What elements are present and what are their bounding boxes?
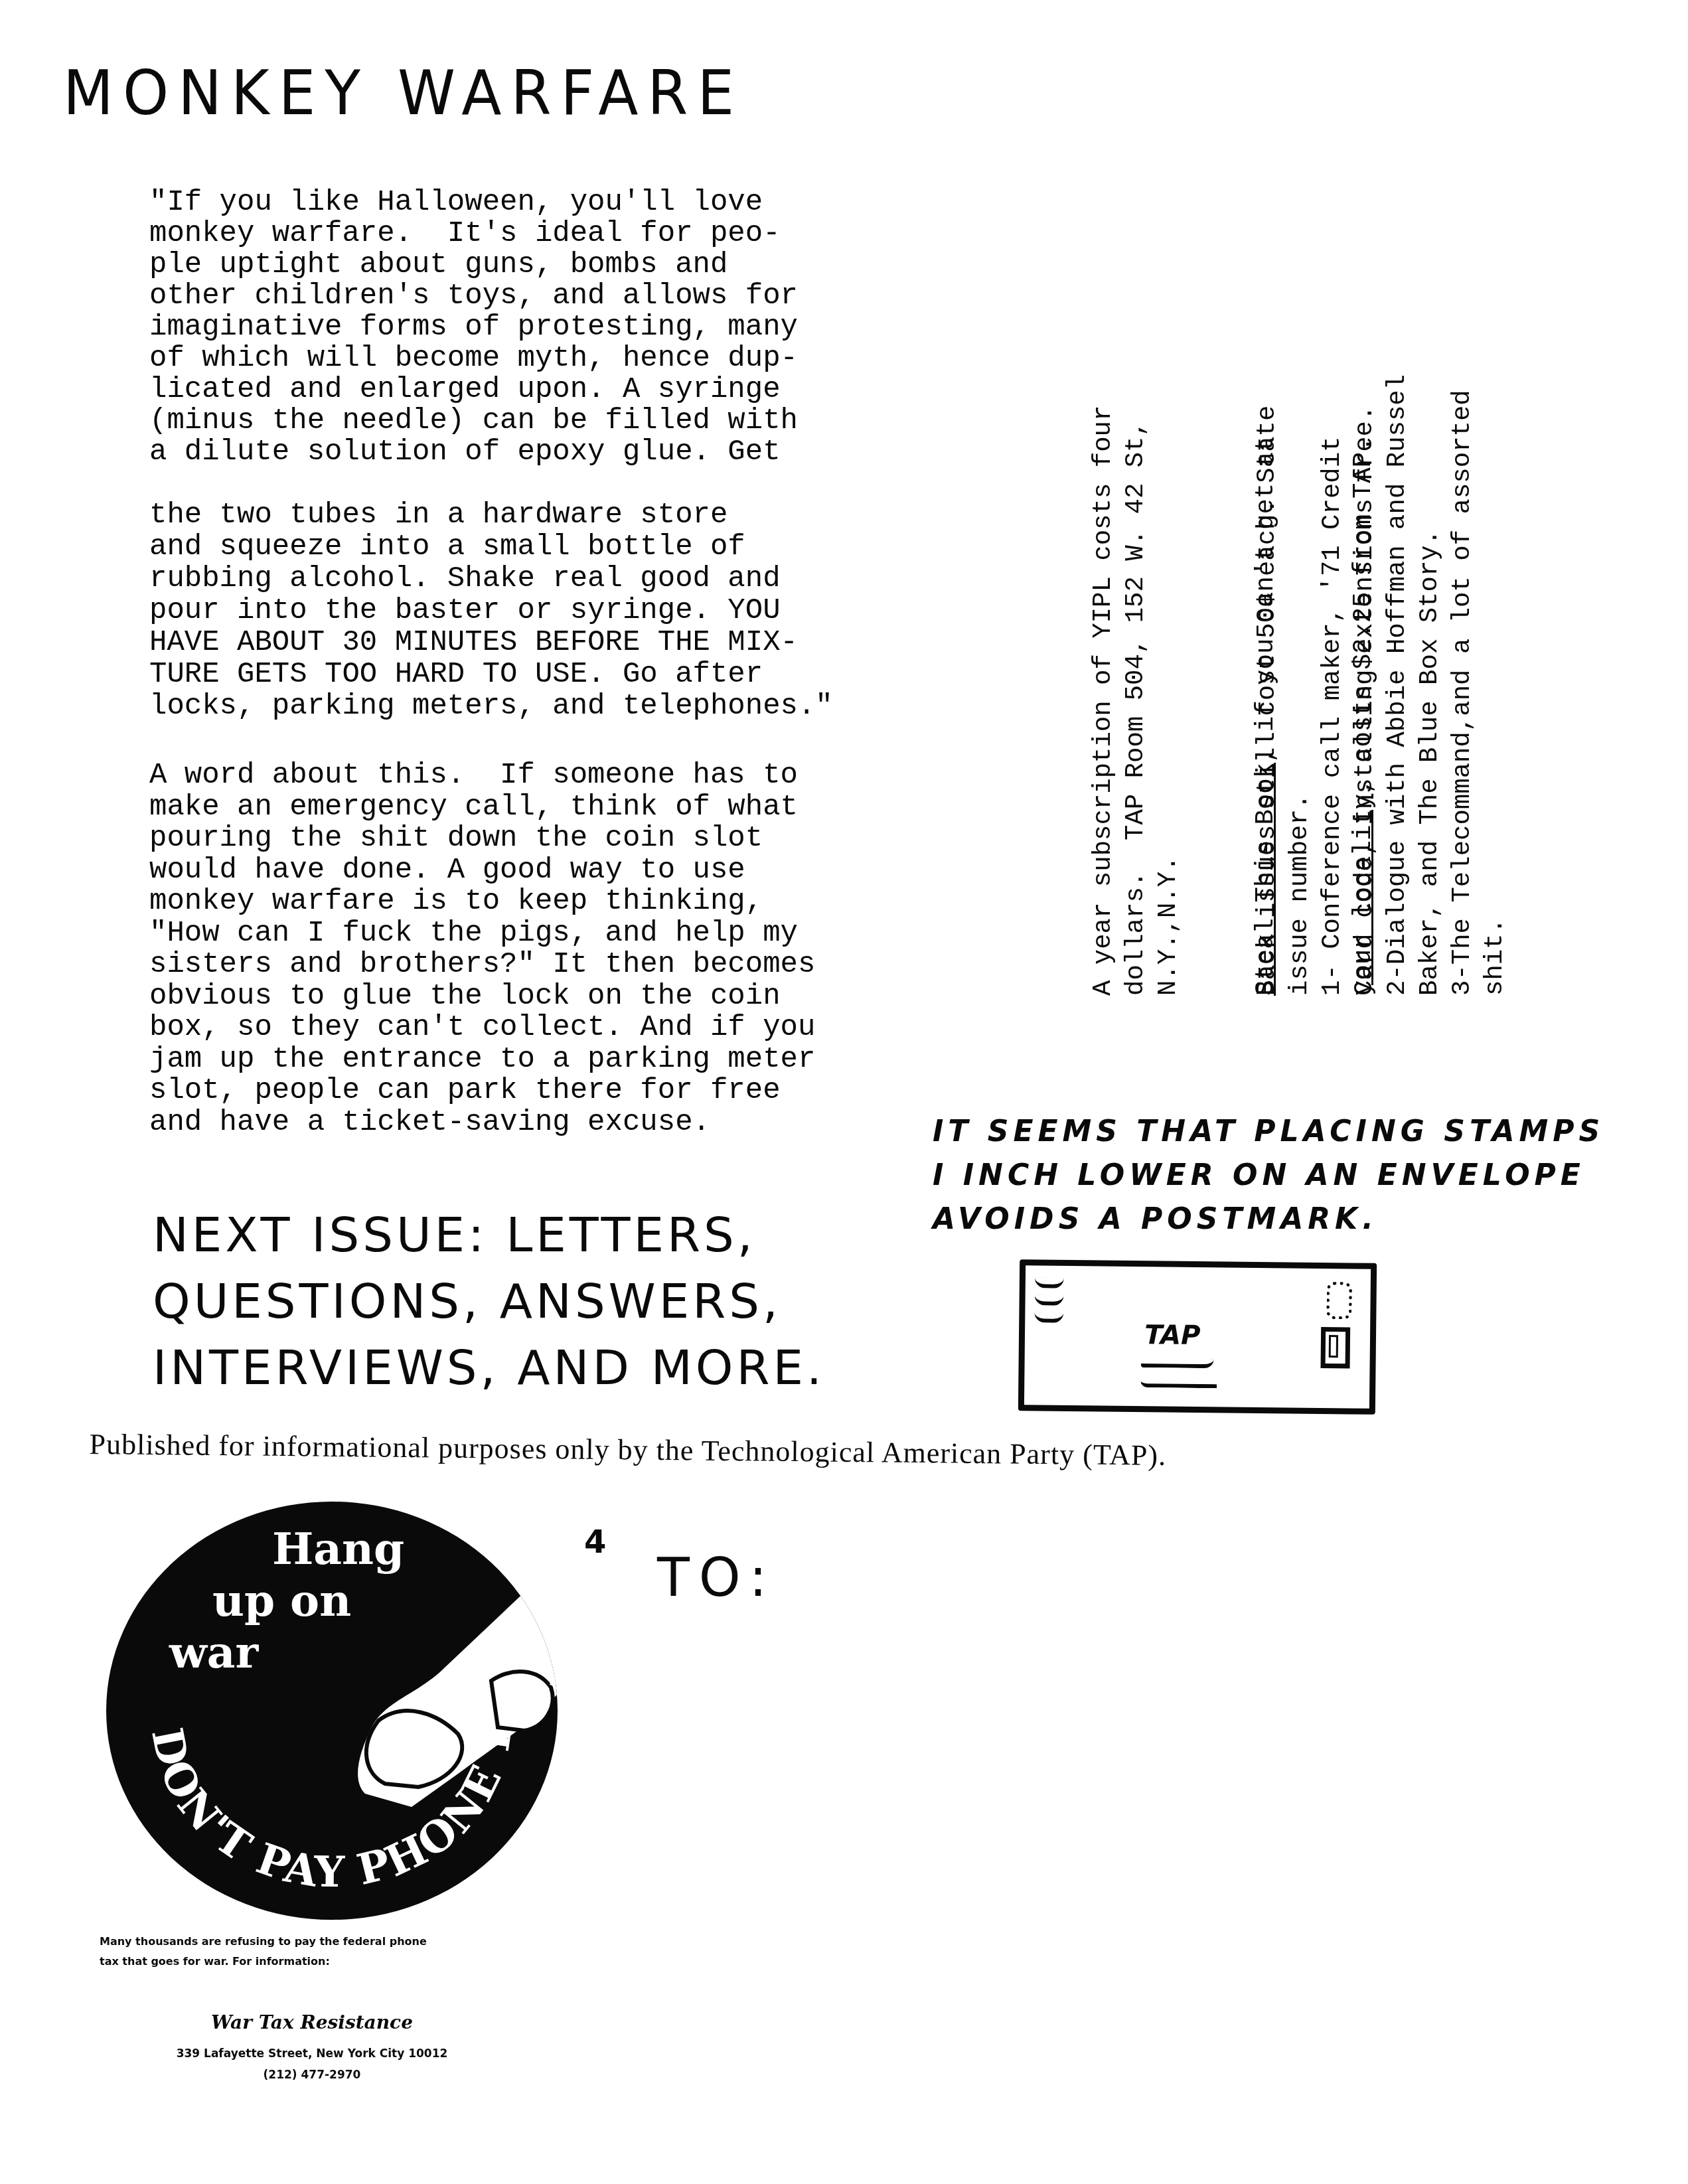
text-line: the two tubes in a hardware store: [149, 499, 833, 531]
stamp-tip: IT SEEMS THAT PLACING STAMPSI INCH LOWER…: [933, 1110, 1604, 1241]
badge-arc-text: DON'T PAY PHONE TAX: [106, 1502, 558, 1920]
text-line: Baker, and The Blue Box Story.: [1414, 374, 1446, 996]
text-line: licated and enlarged upon. A syringe: [149, 374, 798, 406]
hang-up-on-war-badge: Hang up on war DON'T PAY PHONE TAX: [106, 1502, 558, 1920]
text-line: pour into the baster or syringe. YOU: [149, 595, 833, 627]
svg-text:DON'T PAY PHONE TAX: DON'T PAY PHONE TAX: [106, 1502, 522, 1897]
text-line: would have done. A good way to use: [149, 855, 815, 887]
text-line: jam up the entrance to a parking meter: [149, 1044, 815, 1076]
war-tax-note: Many thousands are refusing to pay the f…: [100, 1932, 564, 1972]
text-line: 2-Dialogue with Abbie Hoffman and Russel: [1381, 374, 1414, 996]
text-line: make an emergency call, think of what: [149, 792, 815, 824]
war-tax-contact: 339 Lafayette Street, New York City 1001…: [0, 2043, 624, 2086]
text-line: other children's toys, and allows for: [149, 281, 798, 312]
postmark-icon: [1326, 1282, 1352, 1319]
text-line: and squeeze into a small bottle of: [149, 531, 833, 563]
text-line: A word about this. If someone has to: [149, 760, 815, 792]
address-squiggle: [1140, 1378, 1217, 1388]
text-line: N.Y.,N.Y.: [1152, 406, 1185, 996]
article-paragraph-2: the two tubes in a hardware storeand squ…: [149, 499, 833, 722]
text-line: "If you like Halloween, you'll love: [149, 187, 798, 218]
return-address-squiggles: [1034, 1277, 1064, 1329]
text-line: pouring the shit down the coin slot: [149, 823, 815, 855]
next-issue-announcement: NEXT ISSUE: LETTERS,QUESTIONS, ANSWERS,I…: [153, 1202, 825, 1401]
text-line: issue number.: [1284, 374, 1316, 996]
text-line: shit.: [1479, 374, 1511, 996]
text-line: slot, people can park there for free: [149, 1075, 815, 1107]
text-line: NEXT ISSUE: LETTERS,: [153, 1202, 825, 1268]
text-line: (minus the needle) can be filled with: [149, 406, 798, 437]
text-line: Card code, installing extensions free.: [1349, 374, 1381, 996]
mailing-to-label: TO:: [657, 1547, 776, 1608]
text-line: dollars. TAP Room 504, 152 W. 42 St,: [1120, 406, 1152, 996]
text-line: and have a ticket-saving excuse.: [149, 1107, 815, 1139]
text-line: 1- Conference call maker, '71 Credit: [1316, 374, 1349, 996]
page-number: 4: [584, 1523, 606, 1561]
war-tax-resistance-name: War Tax Resistance: [0, 2011, 624, 2033]
war-tax-phone: (212) 477-2970: [0, 2065, 624, 2086]
text-line: locks, parking meters, and telephones.": [149, 690, 833, 722]
envelope-label: TAP: [1144, 1320, 1201, 1351]
stamp-icon: [1321, 1327, 1351, 1368]
envelope-icon: TAP: [1018, 1259, 1377, 1415]
text-line: box, so they can't collect. And if you: [149, 1012, 815, 1044]
war-tax-address: 339 Lafayette Street, New York City 1001…: [0, 2043, 624, 2065]
text-line: rubbing alcohol. Shake real good and: [149, 563, 833, 595]
text-line: 3-The Telecommand,and a lot of assorted: [1446, 374, 1479, 996]
text-line: tax that goes for war. For information:: [100, 1952, 564, 1972]
text-line: QUESTIONS, ANSWERS,: [153, 1268, 825, 1334]
page-title: MONKEY WARFARE: [63, 56, 743, 128]
published-notice: Published for informational purposes onl…: [89, 1427, 1166, 1472]
text-line: Many thousands are refusing to pay the f…: [100, 1932, 564, 1952]
text-line: IT SEEMS THAT PLACING STAMPS: [933, 1110, 1604, 1154]
text-line: monkey warfare is to keep thinking,: [149, 886, 815, 918]
back-issues-info: Back issues still cost 50¢ each. Stateis…: [1251, 374, 1511, 996]
text-line: obvious to glue the lock on the coin: [149, 981, 815, 1013]
article-paragraph-3: A word about this. If someone has tomake…: [149, 760, 815, 1138]
text-line: "How can I fuck the pigs, and help my: [149, 918, 815, 950]
text-line: TURE GETS TOO HARD TO USE. Go after: [149, 659, 833, 690]
address-squiggle: [1141, 1358, 1214, 1368]
text-line: monkey warfare. It's ideal for peo-: [149, 218, 798, 250]
text-line: A year subscription of YIPL costs four: [1087, 406, 1120, 996]
text-line: I INCH LOWER ON AN ENVELOPE: [933, 1154, 1604, 1198]
text-line: ple uptight about guns, bombs and: [149, 250, 798, 281]
text-line: sisters and brothers?" It then becomes: [149, 949, 815, 981]
article-paragraph-1: "If you like Halloween, you'll lovemonke…: [149, 187, 798, 468]
text-line: a dilute solution of epoxy glue. Get: [149, 437, 798, 468]
subscription-lines: A year subscription of YIPL costs fourdo…: [1087, 406, 1185, 996]
text-line: AVOIDS A POSTMARK.: [933, 1198, 1604, 1241]
text-line: INTERVIEWS, AND MORE.: [153, 1334, 825, 1401]
text-line: of which will become myth, hence dup-: [149, 343, 798, 374]
text-line: HAVE ABOUT 30 MINUTES BEFORE THE MIX-: [149, 627, 833, 659]
text-line: Back issues still cost 50¢ each. State: [1251, 374, 1284, 996]
text-line: imaginative forms of protesting, many: [149, 312, 798, 343]
